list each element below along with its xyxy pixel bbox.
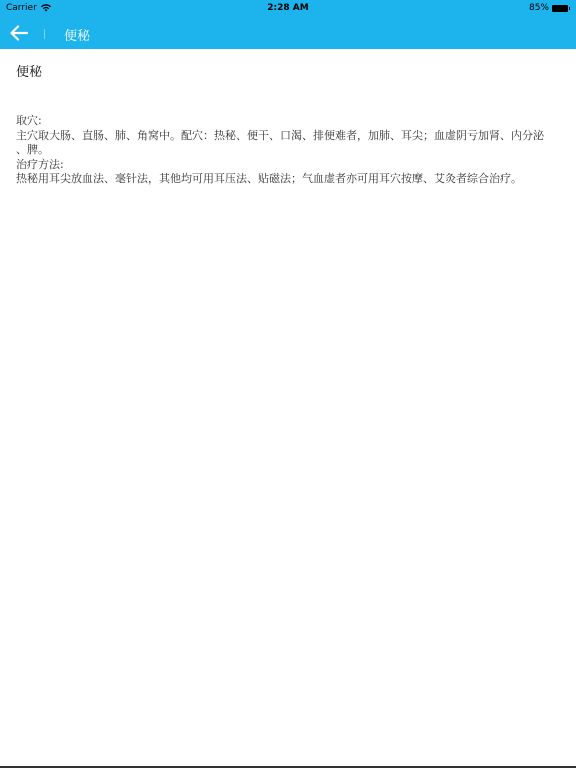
acupoints-text: 主穴取大肠、直肠、肺、角窝中。配穴：热秘、便干、口渴、排便难者，加肺、耳尖；血虚… <box>16 129 564 144</box>
status-time: 2:28 AM <box>0 3 576 13</box>
back-button[interactable] <box>8 24 30 42</box>
treatment-text: 热秘用耳尖放血法、毫针法，其他均可用耳压法、贴磁法；气血虚者亦可用耳穴按摩、艾灸… <box>16 172 564 187</box>
arrow-left-icon <box>8 24 30 42</box>
article-title: 便秘 <box>16 64 564 82</box>
article-content: 便秘 取穴: 主穴取大肠、直肠、肺、角窝中。配穴：热秘、便干、口渴、排便难者，加… <box>16 64 564 187</box>
nav-divider <box>44 29 45 39</box>
page-title: 便秘 <box>64 25 90 44</box>
battery-percent: 85% <box>529 3 549 13</box>
status-right: 85% <box>529 3 568 13</box>
battery-icon <box>552 5 568 12</box>
treatment-label: 治疗方法: <box>16 158 564 173</box>
acupoints-text-cont: 、脾。 <box>16 143 564 158</box>
article-body: 取穴: 主穴取大肠、直肠、肺、角窝中。配穴：热秘、便干、口渴、排便难者，加肺、耳… <box>16 114 564 187</box>
navigation-bar: 便秘 <box>0 16 576 49</box>
acupoints-label: 取穴: <box>16 114 564 129</box>
status-bar: Carrier 2:28 AM 85% <box>0 0 576 16</box>
